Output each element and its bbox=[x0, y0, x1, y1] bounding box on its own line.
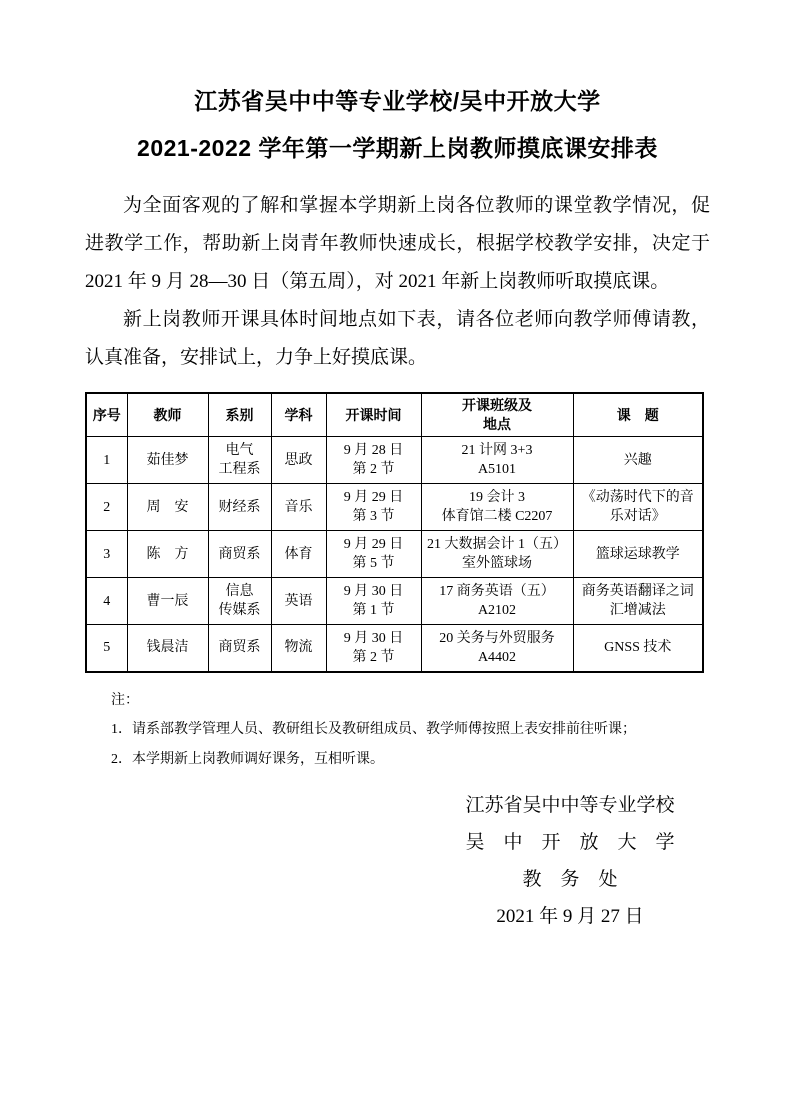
cell-subject: 思政 bbox=[271, 437, 326, 484]
document-title-line1: 江苏省吴中中等专业学校/吴中开放大学 bbox=[85, 86, 710, 116]
signature-date: 2021 年 9 月 27 日 bbox=[454, 898, 686, 935]
table-header-row: 序号 教师 系别 学科 开课时间 开课班级及 地点 课 题 bbox=[86, 393, 703, 437]
cell-time: 9 月 29 日 第 3 节 bbox=[326, 484, 421, 531]
cell-teacher: 周 安 bbox=[127, 484, 208, 531]
schedule-table: 序号 教师 系别 学科 开课时间 开课班级及 地点 课 题 1 茹佳梦 电气 工… bbox=[85, 392, 704, 673]
cell-department: 商贸系 bbox=[208, 625, 271, 672]
cell-class-location: 21 大数据会计 1（五） 室外篮球场 bbox=[421, 531, 573, 578]
cell-teacher: 曹一辰 bbox=[127, 578, 208, 625]
header-department: 系别 bbox=[208, 393, 271, 437]
cell-class-location: 21 计网 3+3 A5101 bbox=[421, 437, 573, 484]
cell-teacher: 茹佳梦 bbox=[127, 437, 208, 484]
table-row: 1 茹佳梦 电气 工程系 思政 9 月 28 日 第 2 节 21 计网 3+3… bbox=[86, 437, 703, 484]
cell-topic: 《动荡时代下的音乐对话》 bbox=[573, 484, 703, 531]
signature-office-name: 教 务 处 bbox=[454, 861, 686, 898]
cell-time: 9 月 30 日 第 1 节 bbox=[326, 578, 421, 625]
cell-time: 9 月 30 日 第 2 节 bbox=[326, 625, 421, 672]
cell-class-location: 17 商务英语（五） A2102 bbox=[421, 578, 573, 625]
cell-index: 1 bbox=[86, 437, 127, 484]
cell-department: 信息 传媒系 bbox=[208, 578, 271, 625]
note-item-2: 2．本学期新上岗教师调好课务，互相听课。 bbox=[111, 745, 710, 775]
cell-time: 9 月 28 日 第 2 节 bbox=[326, 437, 421, 484]
cell-time: 9 月 29 日 第 5 节 bbox=[326, 531, 421, 578]
cell-teacher: 钱晨洁 bbox=[127, 625, 208, 672]
cell-index: 4 bbox=[86, 578, 127, 625]
note-item-1: 1．请系部教学管理人员、教研组长及教研组成员、教学师傅按照上表安排前往听课； bbox=[111, 715, 710, 745]
header-time: 开课时间 bbox=[326, 393, 421, 437]
cell-index: 2 bbox=[86, 484, 127, 531]
cell-topic: GNSS 技术 bbox=[573, 625, 703, 672]
instruction-paragraph: 新上岗教师开课具体时间地点如下表，请各位老师向教学师傅请教，认真准备，安排试上，… bbox=[85, 301, 710, 377]
table-row: 3 陈 方 商贸系 体育 9 月 29 日 第 5 节 21 大数据会计 1（五… bbox=[86, 531, 703, 578]
header-topic: 课 题 bbox=[573, 393, 703, 437]
signature-school-name: 江苏省吴中中等专业学校 bbox=[454, 787, 686, 824]
intro-paragraph: 为全面客观的了解和掌握本学期新上岗各位教师的课堂教学情况，促进教学工作，帮助新上… bbox=[85, 187, 710, 301]
header-teacher: 教师 bbox=[127, 393, 208, 437]
cell-subject: 音乐 bbox=[271, 484, 326, 531]
signature-block: 江苏省吴中中等专业学校 吴 中 开 放 大 学 教 务 处 2021 年 9 月… bbox=[454, 787, 686, 935]
cell-topic: 篮球运球教学 bbox=[573, 531, 703, 578]
cell-subject: 体育 bbox=[271, 531, 326, 578]
cell-teacher: 陈 方 bbox=[127, 531, 208, 578]
header-class-location: 开课班级及 地点 bbox=[421, 393, 573, 437]
document-title-line2: 2021-2022 学年第一学期新上岗教师摸底课安排表 bbox=[85, 133, 710, 163]
table-row: 2 周 安 财经系 音乐 9 月 29 日 第 3 节 19 会计 3 体育馆二… bbox=[86, 484, 703, 531]
table-row: 4 曹一辰 信息 传媒系 英语 9 月 30 日 第 1 节 17 商务英语（五… bbox=[86, 578, 703, 625]
cell-index: 3 bbox=[86, 531, 127, 578]
notes-section: 注： 1．请系部教学管理人员、教研组长及教研组成员、教学师傅按照上表安排前往听课… bbox=[85, 687, 710, 775]
cell-class-location: 19 会计 3 体育馆二楼 C2207 bbox=[421, 484, 573, 531]
cell-topic: 商务英语翻译之词汇增减法 bbox=[573, 578, 703, 625]
cell-class-location: 20 关务与外贸服务 A4402 bbox=[421, 625, 573, 672]
header-subject: 学科 bbox=[271, 393, 326, 437]
cell-topic: 兴趣 bbox=[573, 437, 703, 484]
cell-department: 电气 工程系 bbox=[208, 437, 271, 484]
document-page: 江苏省吴中中等专业学校/吴中开放大学 2021-2022 学年第一学期新上岗教师… bbox=[0, 0, 794, 1108]
cell-department: 财经系 bbox=[208, 484, 271, 531]
cell-subject: 英语 bbox=[271, 578, 326, 625]
cell-department: 商贸系 bbox=[208, 531, 271, 578]
cell-subject: 物流 bbox=[271, 625, 326, 672]
table-row: 5 钱晨洁 商贸系 物流 9 月 30 日 第 2 节 20 关务与外贸服务 A… bbox=[86, 625, 703, 672]
notes-label: 注： bbox=[111, 687, 710, 715]
cell-index: 5 bbox=[86, 625, 127, 672]
document-content: 江苏省吴中中等专业学校/吴中开放大学 2021-2022 学年第一学期新上岗教师… bbox=[0, 0, 794, 935]
header-index: 序号 bbox=[86, 393, 127, 437]
signature-university-name: 吴 中 开 放 大 学 bbox=[454, 824, 686, 861]
